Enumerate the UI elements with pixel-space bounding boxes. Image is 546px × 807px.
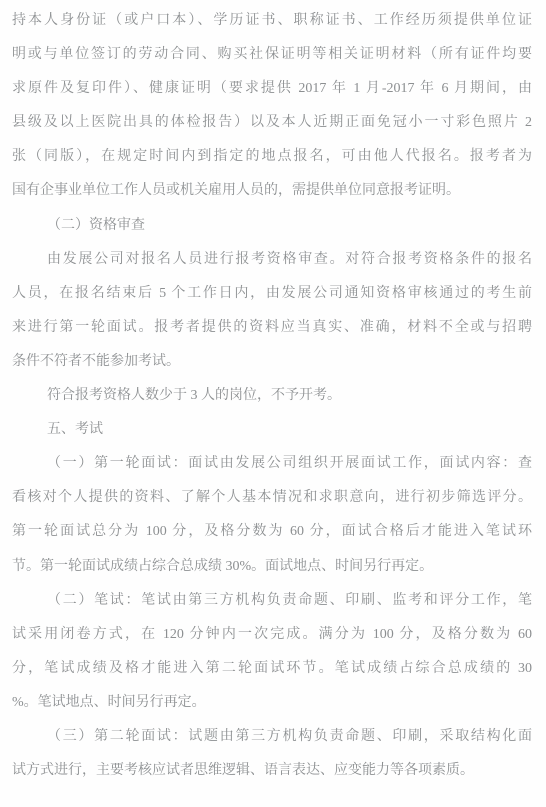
document-page: 持本人身份证（或户口本）、学历证书、职称证书、工作经历须提供单位证 明或与单位签… — [0, 0, 546, 807]
document-line: （一）第一轮面试：面试由发展公司组织开展面试工作，面试内容：查 — [12, 447, 532, 481]
document-line: 明或与单位签订的劳动合同、购买社保证明等相关证明材料（所有证件均要 — [12, 38, 532, 72]
document-line: 持本人身份证（或户口本）、学历证书、职称证书、工作经历须提供单位证 — [12, 4, 532, 38]
document-line: 国有企事业单位工作人员或机关雇用人员的，需提供单位同意报考证明。 — [12, 174, 532, 208]
document-line: 求原件及复印件）、健康证明（要求提供 2017 年 1 月-2017 年 6 月… — [12, 72, 532, 106]
document-line: 人员，在报名结束后 5 个工作日内，由发展公司通知资格审核通过的考生前 — [12, 277, 532, 311]
document-line: 张（同版），在规定时间内到指定的地点报名，可由他人代报名。报考者为 — [12, 140, 532, 174]
document-line: 试方式进行，主要考核应试者思维逻辑、语言表达、应变能力等各项素质。 — [12, 754, 532, 788]
document-line: 县级及以上医院出具的体检报告）以及本人近期正面免冠小一寸彩色照片 2 — [12, 106, 532, 140]
document-line: （三）第二轮面试：试题由第三方机构负责命题、印刷，采取结构化面 — [12, 720, 532, 754]
document-line: 第一轮面试总分为 100 分，及格分数为 60 分，面试合格后才能进入笔试环 — [12, 515, 532, 549]
document-line: （二）笔试：笔试由第三方机构负责命题、印刷、监考和评分工作，笔 — [12, 584, 532, 618]
document-line: %。笔试地点、时间另行再定。 — [12, 686, 532, 720]
section-heading-examination: 五、考试 — [12, 413, 532, 447]
section-heading-qualification-review: （二）资格审查 — [12, 209, 532, 243]
document-line: 节。第一轮面试成绩占综合总成绩 30%。面试地点、时间另行再定。 — [12, 550, 532, 584]
document-line: 条件不符者不能参加考试。 — [12, 345, 532, 379]
document-line: 分，笔试成绩及格才能进入第二轮面试环节。笔试成绩占综合总成绩的 30 — [12, 652, 532, 686]
document-line: 由发展公司对报名人员进行报考资格审查。对符合报考资格条件的报名 — [12, 243, 532, 277]
document-line: 试采用闭卷方式，在 120 分钟内一次完成。满分为 100 分，及格分数为 60 — [12, 618, 532, 652]
document-line: 符合报考资格人数少于 3 人的岗位，不予开考。 — [12, 379, 532, 413]
document-line: 来进行第一轮面试。报考者提供的资料应当真实、准确，材料不全或与招聘 — [12, 311, 532, 345]
document-line: 看核对个人提供的资料、了解个人基本情况和求职意向，进行初步筛选评分。 — [12, 481, 532, 515]
